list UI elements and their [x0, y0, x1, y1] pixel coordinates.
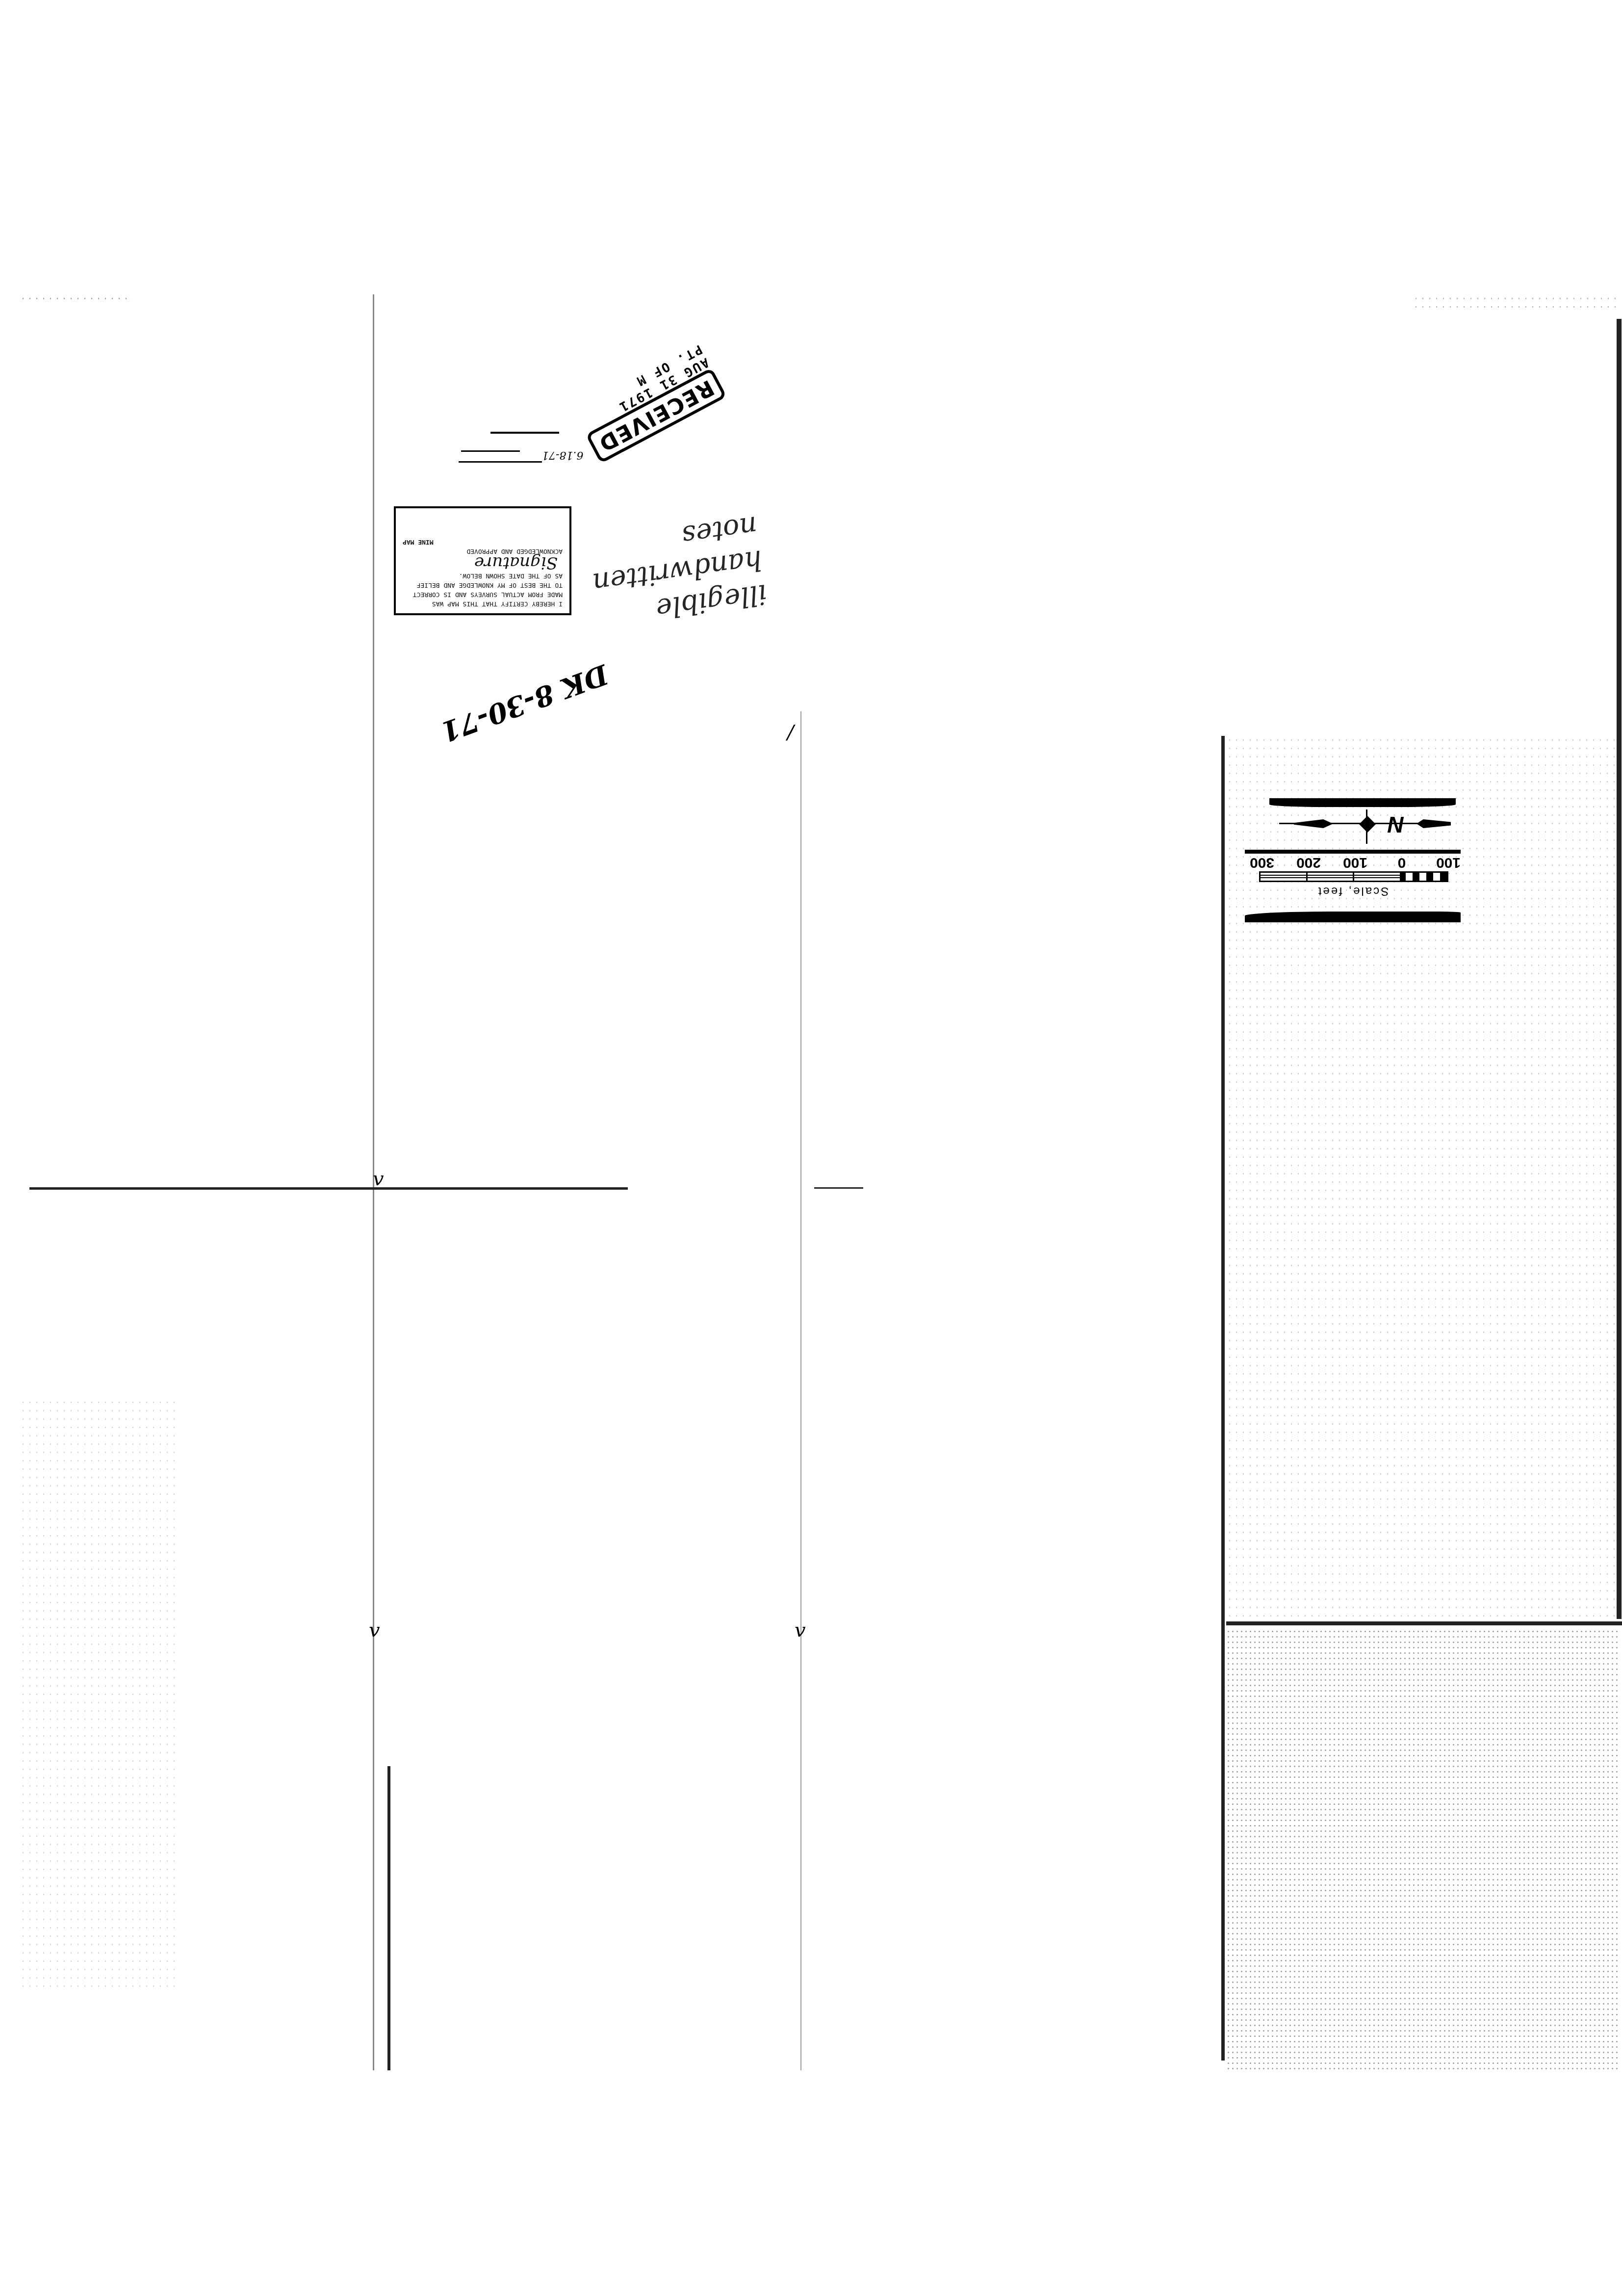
scale-tick: 0: [1398, 854, 1406, 871]
torn-edge-top: [1245, 912, 1461, 922]
fold-line-vertical-1-heavy: [387, 1766, 390, 2070]
scale-tick: 300: [1250, 854, 1274, 871]
scale-tick: 100: [1343, 854, 1367, 871]
fold-line-vertical-2: [800, 711, 801, 2070]
compass-diamond-icon: [1359, 816, 1376, 833]
scale-segment-1: [1353, 873, 1400, 881]
north-label: N: [1388, 811, 1404, 838]
signature-line-3: [459, 461, 542, 463]
scale-divider-rule: [1245, 850, 1461, 854]
handwritten-initials-date: DK 8-30-71: [437, 658, 613, 748]
fold-mark-2: v: [373, 1168, 384, 1190]
handwritten-date-note: 6.18-71: [542, 449, 583, 461]
fold-mark-1: /: [787, 721, 794, 744]
map-sheet: RECEIVED AUG 31 1971 PT. OF M 6.18-71 I …: [0, 0, 1622, 2296]
arrow-left-icon: [1416, 819, 1451, 828]
scale-bar-block: Scale, feet 100 0 100 200 300 N: [1240, 809, 1461, 922]
fold-line-horizontal-1b: [814, 1187, 863, 1189]
cert-line-1: I HEREBY CERTIFY THAT THIS MAP WAS: [403, 599, 563, 608]
cert-acknowledgement: ACKNOWLEDGED AND APPROVED: [403, 547, 563, 556]
edge-noise-top: [1413, 294, 1619, 309]
cert-line-2: MADE FROM ACTUAL SURVEYS AND IS CORRECT: [403, 590, 563, 599]
fold-mark-4: v: [369, 1619, 380, 1642]
scale-tick-labels: 100 0 100 200 300: [1245, 856, 1461, 871]
cert-signature: Signature: [403, 558, 558, 567]
scale-segment-2: [1306, 873, 1353, 881]
torn-edge-bottom: [1269, 798, 1456, 807]
cert-line-3: TO THE BEST OF MY KNOWLEDGE AND BELIEF: [403, 580, 563, 590]
arrow-right-icon: [1294, 819, 1333, 828]
scale-tick: 100: [1436, 854, 1461, 871]
fold-line-vertical-3: [1221, 736, 1225, 2061]
scale-segment-subdivided: [1400, 873, 1447, 881]
cert-footer: MINE MAP: [403, 537, 563, 547]
handwritten-notes: illegible handwritten notes: [580, 508, 769, 635]
texture-right-lower: [1226, 1629, 1619, 2070]
certification-box: I HEREBY CERTIFY THAT THIS MAP WAS MADE …: [394, 506, 571, 615]
scale-title: Scale, feet: [1245, 884, 1461, 898]
fold-line-horizontal-1: [29, 1187, 628, 1190]
fold-mark-3: v: [795, 1619, 806, 1642]
scale-tick: 200: [1296, 854, 1321, 871]
edge-noise-topleft: [20, 294, 132, 301]
scale-segment-3: [1261, 873, 1306, 881]
signature-line-1: [490, 432, 559, 434]
texture-left-lower: [20, 1398, 177, 1987]
signature-line-2: [461, 450, 520, 452]
received-stamp: RECEIVED AUG 31 1971 PT. OF M: [573, 319, 727, 457]
fold-line-horizontal-2: [1226, 1621, 1622, 1625]
north-arrow: N: [1245, 809, 1461, 844]
scale-bar: [1259, 871, 1448, 882]
